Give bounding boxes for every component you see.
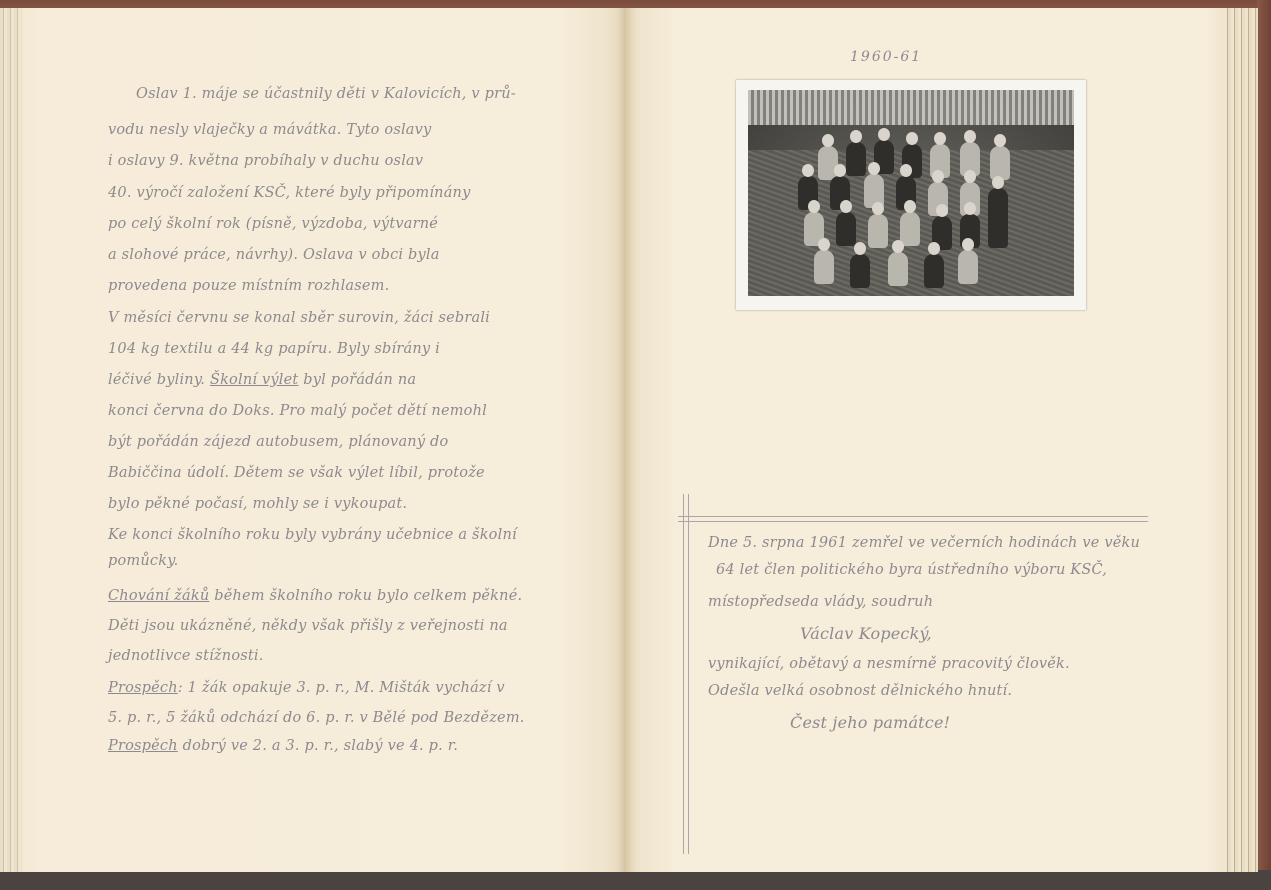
school-year-label: 1960-61 bbox=[850, 49, 922, 65]
memorial-divider-vertical bbox=[683, 494, 689, 854]
text-line: 5. p. r., 5 žáků odchází do 6. p. r. v B… bbox=[108, 710, 525, 726]
memorial-line: místopředseda vlády, soudruh bbox=[708, 594, 933, 610]
text-line: pomůcky. bbox=[108, 553, 178, 569]
text-line: vodu nesly vlaječky a mávátka. Tyto osla… bbox=[108, 122, 431, 138]
memorial-line: 64 let člen politického byra ústředního … bbox=[716, 562, 1107, 578]
text-line: V měsíci červnu se konal sběr surovin, ž… bbox=[108, 310, 490, 326]
text-line: Chování žáků během školního roku bylo ce… bbox=[108, 588, 522, 604]
book-gutter bbox=[618, 8, 634, 872]
text-line: konci června do Doks. Pro malý počet dět… bbox=[108, 403, 487, 419]
text-line: Prospěch dobrý ve 2. a 3. p. r., slabý v… bbox=[108, 738, 458, 754]
text-line: léčivé byliny. Školní výlet byl pořádán … bbox=[108, 372, 416, 388]
memorial-name: Václav Kopecký, bbox=[800, 624, 932, 643]
text-line: 104 kg textilu a 44 kg papíru. Byly sbír… bbox=[108, 341, 440, 357]
right-page-stack bbox=[1224, 8, 1258, 872]
text-line: Prospěch: 1 žák opakuje 3. p. r., M. Miš… bbox=[108, 680, 505, 696]
photo-children-group bbox=[788, 112, 1018, 287]
text-line: Oslav 1. máje se účastnily děti v Kalovi… bbox=[136, 86, 516, 102]
text-line: provedena pouze místním rozhlasem. bbox=[108, 278, 389, 294]
text-line: bylo pěkné počasí, mohly se i vykoupat. bbox=[108, 496, 407, 512]
class-photo-mount bbox=[736, 80, 1086, 310]
class-photo bbox=[748, 90, 1074, 296]
memorial-line: Dne 5. srpna 1961 zemřel ve večerních ho… bbox=[708, 535, 1140, 551]
book-cover-right-edge bbox=[1257, 0, 1271, 870]
text-line: jednotlivce stížnosti. bbox=[108, 648, 264, 664]
text-line: a slohové práce, návrhy). Oslava v obci … bbox=[108, 247, 440, 263]
text-line: být pořádán zájezd autobusem, plánovaný … bbox=[108, 434, 448, 450]
text-line: po celý školní rok (písně, výzdoba, výtv… bbox=[108, 216, 438, 232]
text-line: i oslavy 9. května probíhaly v duchu osl… bbox=[108, 153, 423, 169]
text-line: Děti jsou ukázněné, někdy však přišly z … bbox=[108, 618, 508, 634]
text-line: 40. výročí založení KSČ, které byly přip… bbox=[108, 185, 471, 201]
text-line: Babiččina údolí. Dětem se však výlet líb… bbox=[108, 465, 485, 481]
memorial-line: Odešla velká osobnost dělnického hnutí. bbox=[708, 683, 1012, 699]
memorial-closing: Čest jeho památce! bbox=[790, 713, 950, 732]
left-page-stack bbox=[0, 8, 22, 872]
text-line: Ke konci školního roku byly vybrány učeb… bbox=[108, 527, 517, 543]
memorial-line: vynikající, obětavý a nesmírně pracovitý… bbox=[708, 656, 1070, 672]
memorial-divider-horizontal bbox=[678, 516, 1148, 522]
